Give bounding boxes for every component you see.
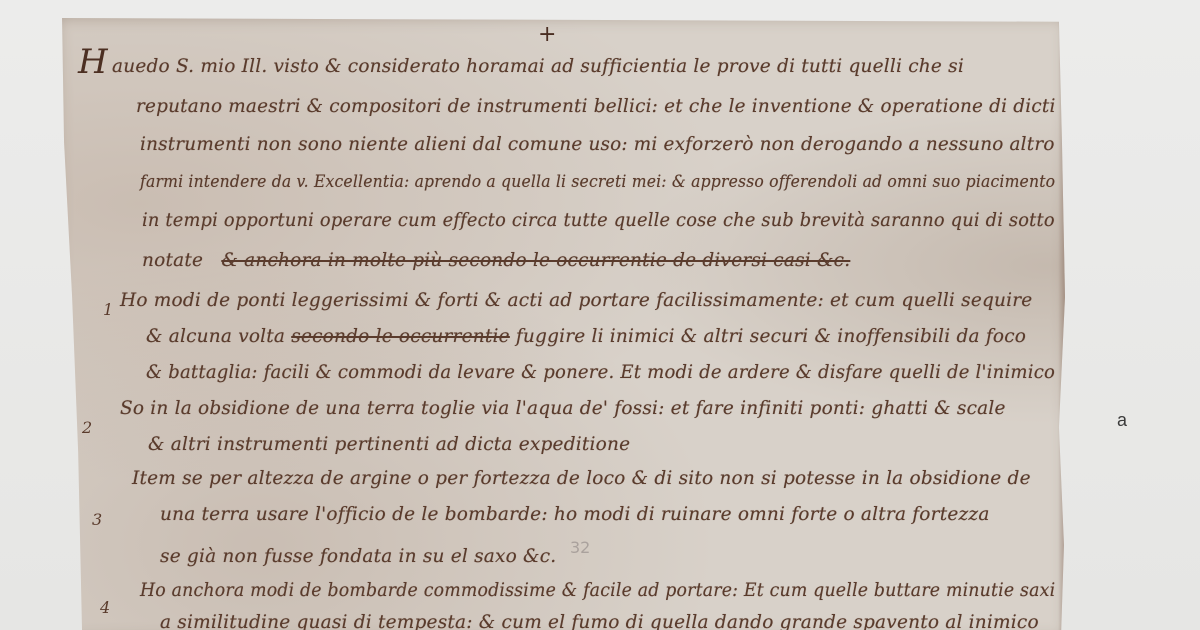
struck-text: secondo le occurrentie	[291, 326, 510, 347]
text-line: in tempi opportuni operare cum effecto c…	[142, 210, 1055, 231]
text-line: So in la obsidione de una terra toglie v…	[120, 398, 1006, 419]
text-line: auedo S. mio Ill. visto & considerato ho…	[112, 56, 964, 77]
text-line: notate & anchora in molte più secondo le…	[142, 250, 850, 271]
margin-number: 2	[82, 418, 92, 437]
margin-number: 1	[103, 300, 113, 319]
manuscript-text: auedo S. mio Ill. visto & considerato ho…	[0, 0, 1200, 630]
text-line: reputano maestri & compositori de instru…	[136, 96, 1056, 117]
margin-number: 4	[100, 598, 110, 617]
struck-text: & anchora in molte più secondo le occurr…	[221, 250, 850, 271]
text-line: a similitudine quasi di tempesta: & cum …	[160, 612, 1039, 630]
text-line: Item se per altezza de argine o per fort…	[132, 468, 1031, 489]
text-line: instrumenti non sono niente alieni dal c…	[140, 134, 1055, 155]
pencil-folio-number: 32	[570, 538, 590, 557]
text-line: Ho modi de ponti leggerissimi & forti & …	[120, 290, 1032, 311]
plate-label: a	[1117, 410, 1127, 431]
text-line: se già non fusse fondata in su el saxo &…	[160, 546, 556, 567]
text-line: una terra usare l'officio de le bombarde…	[160, 504, 990, 525]
margin-number: 3	[92, 510, 102, 529]
text-line: & battaglia: facili & commodi da levare …	[146, 362, 1055, 383]
text-line: Ho anchora modi de bombarde commodissime…	[140, 580, 1055, 601]
text-line: & altri instrumenti pertinenti ad dicta …	[148, 434, 630, 455]
text-line: farmi intendere da v. Excellentia: apren…	[140, 172, 1055, 192]
text-line: & alcuna volta secondo le occurrentie fu…	[146, 326, 1026, 347]
